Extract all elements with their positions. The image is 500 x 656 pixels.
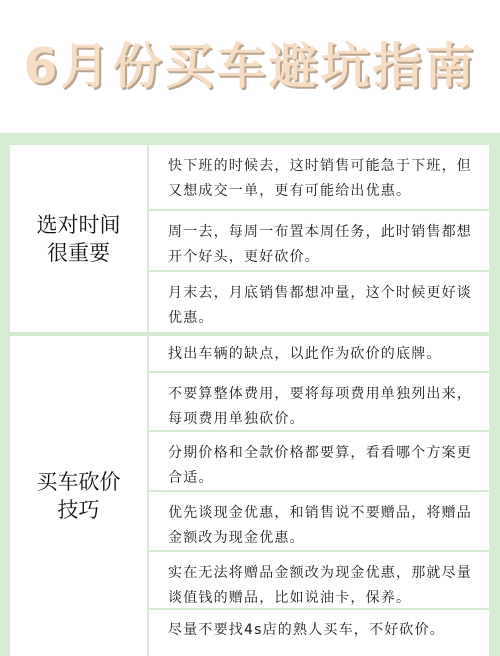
section-items: 快下班的时候去，这时销售可能急于下班，但又想成交一单，更有可能给出优惠。 周一去… bbox=[149, 145, 489, 332]
list-item: 尽量不要找4s店的熟人买车，不好砍价。 bbox=[149, 610, 489, 656]
list-item: 分期价格和全款价格都要算，看看哪个方案更合适。 bbox=[149, 432, 489, 492]
page-title: 6月份买车避坑指南 bbox=[0, 36, 500, 98]
list-item: 周一去，每周一布置本周任务，此时销售都想开个好头，更好砍价。 bbox=[149, 211, 489, 272]
guide-table: 选对时间 很重要 快下班的时候去，这时销售可能急于下班，但又想成交一单，更有可能… bbox=[10, 145, 489, 656]
section-timing: 选对时间 很重要 快下班的时候去，这时销售可能急于下班，但又想成交一单，更有可能… bbox=[10, 145, 489, 336]
list-item: 找出车辆的缺点，以此作为砍价的底牌。 bbox=[149, 336, 489, 373]
section-bargaining: 买车砍价 技巧 找出车辆的缺点，以此作为砍价的底牌。 不要算整体费用，要将每项费… bbox=[10, 336, 489, 656]
list-item: 实在无法将赠品金额改为现金优惠，那就尽量谈值钱的赠品，比如说油卡，保养。 bbox=[149, 552, 489, 610]
list-item: 快下班的时候去，这时销售可能急于下班，但又想成交一单，更有可能给出优惠。 bbox=[149, 145, 489, 211]
category-label: 买车砍价 技巧 bbox=[10, 336, 149, 656]
list-item: 优先谈现金优惠，和销售说不要赠品，将赠品金额改为现金优惠。 bbox=[149, 492, 489, 552]
category-label: 选对时间 很重要 bbox=[10, 145, 149, 332]
section-items: 找出车辆的缺点，以此作为砍价的底牌。 不要算整体费用，要将每项费用单独列出来，每… bbox=[149, 336, 489, 656]
list-item: 月末去，月底销售都想冲量，这个时候更好谈优惠。 bbox=[149, 272, 489, 332]
list-item: 不要算整体费用，要将每项费用单独列出来，每项费用单独砍价。 bbox=[149, 373, 489, 432]
